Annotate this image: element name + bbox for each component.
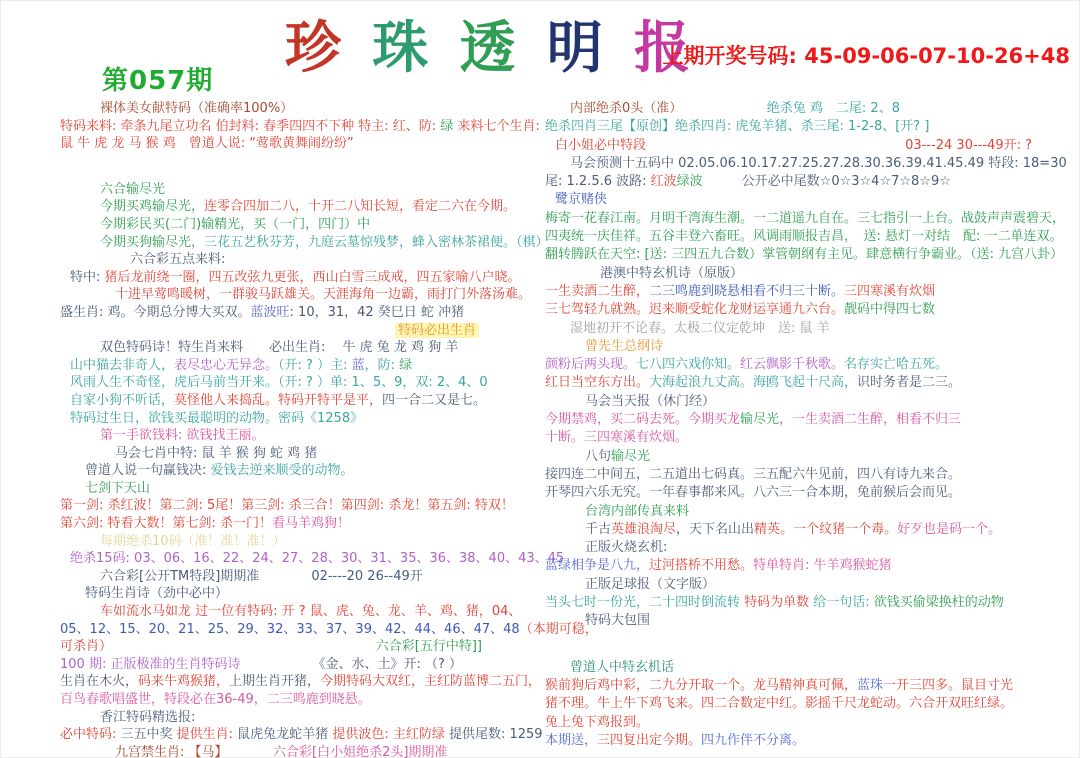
text-line: 十断。三四寒溪有炊烟。 (545, 429, 1072, 447)
text-segment: 马会当天报（休门经） (585, 394, 715, 409)
text-segment: 英雄浪淘尽 (611, 522, 676, 537)
text-segment: 绿波 (677, 174, 703, 189)
line-right-part: 03---24 30---49开: ? (905, 137, 1032, 155)
text-line: 可杀肖）六合彩[五行中特]] (60, 638, 542, 656)
text-segment: 六合彩五点来料: (130, 252, 230, 267)
text-segment: 鼠虎兔龙蛇羊猪 (237, 727, 332, 742)
text-segment: 开琴四六乐无究。一年春事都来风。八六三一合本期，兔前猴后会而见。 (545, 485, 961, 500)
text-segment: 裸体美女献特码（准确率100%） (100, 101, 293, 116)
text-segment: 一生卖酒二生醉， (545, 284, 649, 299)
text-segment: 红日当空东方出。 (545, 375, 649, 390)
newspaper-page: 珍珠透明报 第057期 上期开奖号码: 45-09-06-07-10-26+48… (0, 0, 1080, 758)
text-segment: 蓝珠 (857, 678, 883, 693)
text-segment: 本期送， (545, 733, 597, 748)
text-line: 香江特码精选报: (60, 709, 542, 727)
text-segment: 六合彩[五行中特]] (376, 639, 482, 654)
text-segment: 兔上兔下鸡报到。 (545, 715, 649, 730)
text-line: 台湾内部传真来料 (545, 503, 1072, 521)
title-char: 明 (547, 18, 603, 80)
text-line: 双色特码诗！特生肖来料 必出生肖: 牛 虎 兔 龙 鸡 狗 羊 (60, 339, 542, 357)
text-line: 山中猫去非奇人，表尽忠心无异念。（开: ? ）主: 蓝，防: 绿 (60, 357, 542, 375)
text-segment: 输尽光 (740, 412, 779, 427)
text-line: 马会预测十五码中 02.05.06.10.17.27.25.27.28.30.3… (545, 155, 1072, 173)
text-line: 鼠 牛 虎 龙 马 猴 鸡 曾道人说: “莺歌黄舞闹纷纷” (60, 135, 542, 153)
text-segment: : 10，31，42 癸巳日 蛇 冲猪 (290, 305, 465, 320)
text-segment: 自家小狗不听话， (70, 393, 174, 408)
text-segment: 白小姐必中特段 (555, 138, 646, 153)
text-line: 六合输尽光 (60, 181, 542, 199)
text-segment: 绝杀四肖三尾【原创】绝杀四肖: 虎兔羊猪、杀三尾: 1-2-8、[开? ] (545, 119, 929, 134)
text-segment: 今期彩民买(二门)输精光，买（一门，四门）中 (100, 217, 370, 232)
text-line: 十进早莺鸣暖树，一群骏马跃雄关。天涯海角一边霸，雨打门外落汤难。 (60, 286, 542, 304)
text-segment: 05、12、15、20、21、25、29、32、33、37、39、42、44、4… (60, 622, 520, 637)
text-segment: 表尽忠心无异念。 (174, 358, 278, 373)
text-line: 猪不理。牛上牛下鸡飞来。四二合数定中红。影摇千尺龙蛇动。六合开双旺红绿。 (545, 695, 1072, 713)
last-draw-label: 上期开奖号码: (663, 44, 805, 68)
text-segment: 山中猫去非奇人， (70, 358, 174, 373)
text-line: 特码大包围 (545, 612, 1072, 630)
title-char: 透 (460, 18, 516, 80)
text-line: 兔上兔下鸡报到。 (545, 714, 1072, 732)
text-line: 接四连二中间五，二五道出七码真。三五配六牛见前，四八有诗九来合。 (545, 466, 1072, 484)
line-right-part: 《金、水、土》开: （? ） (312, 656, 462, 674)
text-line: 八句输尽光 (545, 448, 1072, 466)
text-segment: 十进早莺鸣暖树，一群骏马跃雄关。天涯海角一边霸，雨打门外落汤难。 (115, 287, 531, 302)
text-segment: 六合输尽光 (100, 182, 165, 197)
text-line: 百鸟春歌唱盛世，特段必在36-49，二三鸣鹿到晓悬。 (60, 691, 542, 709)
text-segment: 马会七肖中特: 鼠 羊 猴 狗 蛇 鸡 猪 (115, 446, 317, 461)
text-segment: 今期特码大双红，主红防蓝博二五门， (320, 674, 541, 689)
text-line: 鹭京赌侠 (545, 191, 1072, 209)
text-line: 第一手欲钱料: 欲钱找王丽。 (60, 427, 542, 445)
text-segment: 猪不理。牛上牛下鸡飞来。四二合数定中红。影摇千尺龙蛇动。六合开双旺红绿。 (545, 696, 1013, 711)
text-line: 裸体美女献特码（准确率100%） (60, 100, 542, 118)
text-segment: 内部绝杀0头（准） (570, 101, 676, 116)
text-line: 六合彩[公开TM特段]期期准 02----20 26--49开 (60, 568, 542, 586)
text-segment: 三四复出定今期。 (597, 733, 701, 748)
text-line: 尾: 1.2.5.6 波路: 红波绿波 公开必中尾数☆0☆3☆4☆7☆8☆9☆ (545, 173, 1072, 191)
text-segment: 车如流水马如龙 过一位有特码: 开 ? (100, 604, 310, 619)
line-right-part: 六合彩[五行中特]] (376, 638, 482, 656)
text-segment: 绿 (399, 358, 412, 373)
text-segment: 千古 (585, 522, 611, 537)
text-segment: 提供波色: 主红防绿 (332, 727, 449, 742)
text-segment: 100 期: (60, 657, 110, 672)
text-segment: 三四寒溪有炊烟 (844, 284, 935, 299)
text-segment: 识时务者是二三。 (857, 375, 961, 390)
text-segment: 可杀肖） (60, 639, 112, 654)
text-segment: 上期生肖开猪， (229, 674, 320, 689)
text-line: 曾道人说一句赢钱决: 爱钱去逆来顺受的动物。 (60, 462, 542, 480)
text-line: 特码过生日，欲钱买最聪明的动物。密码《1258》 (60, 410, 542, 428)
text-line: 港澳中特玄机诗（原版） (545, 265, 1072, 283)
text-line: 今期买鸡输尽光，连零合四加二八，十开二八知长短，看定二六在今期。 (60, 198, 542, 216)
text-segment: 三七驾轻九就熟。迟来顺受蛇化龙财运享通九六台。 (545, 302, 844, 317)
text-line: 第一剑: 杀红波！第二剑: 5尾！第三剑: 杀三合！第四剑: 杀龙！第五剑: 特… (60, 497, 542, 515)
text-line: 当头七时一份光，二十四时倒流转 特码为单数 给一句话: 欲钱买偷梁换柱的动物 (545, 594, 1072, 612)
text-segment: 第一剑: 杀红波！第二剑: 5尾！第三剑: 杀三合！第四剑: 杀龙！第五剑: 特… (60, 498, 514, 513)
text-segment: 蓝波旺 (251, 305, 290, 320)
text-segment: 输尽光 (611, 449, 650, 464)
text-segment: 港澳中特玄机诗（原版） (600, 266, 743, 281)
text-segment: 公开必中尾数☆0☆3☆4☆7☆8☆9☆ (703, 174, 951, 189)
text-line: 必中特码: 三五中奖 提供生肖: 鼠虎兔龙蛇羊猪 提供波色: 主红防绿 提供尾数… (60, 726, 542, 744)
left-column: 裸体美女献特码（准确率100%）特码来料: 牵条九尾立功名 伯封料: 春季四四不… (60, 100, 542, 758)
text-segment: 颜粉后两头现。 (545, 357, 636, 372)
text-line: 蓝绿相争是八九，过河搭桥不用愁。特单特肖: 牛羊鸡猴蛇猪 (545, 557, 1072, 575)
text-line: 绝杀四肖三尾【原创】绝杀四肖: 虎兔羊猪、杀三尾: 1-2-8、[开? ] (545, 118, 1072, 136)
text-segment: 七剑下天山 (85, 481, 150, 496)
text-segment: 绿 (440, 119, 453, 134)
text-segment: 蓝 (352, 358, 365, 373)
text-segment: 绝杀兔 鸡 二尾: 2、8 (676, 101, 900, 116)
text-segment: 码来牛鸡猴猪， (138, 674, 229, 689)
text-segment: 红云飘影千秋歌。 (740, 357, 844, 372)
text-segment: 生肖在木火， (60, 674, 138, 689)
text-segment: 曾先生总纲诗 (585, 339, 663, 354)
text-segment: 欲钱买偷梁换柱的动物 (874, 595, 1004, 610)
text-line: 生肖在木火，码来牛鸡猴猪，上期生肖开猪，今期特码大双红，主红防蓝博二五门， (60, 673, 542, 691)
text-line: 曾先生总纲诗 (545, 338, 1072, 356)
text-segment: 牛 虎 兔 龙 鸡 狗 羊 (343, 340, 459, 355)
text-line: 一生卖酒二生醉，二三鸣鹿到晓悬相看不归三十断。三四寒溪有炊烟 (545, 283, 1072, 301)
text-segment: 好歹也是码一个。 (897, 522, 1001, 537)
text-segment: 精英 (754, 522, 780, 537)
text-line: 红日当空东方出。大海起浪九丈高。海鸥飞起十尺高，识时务者是二三。 (545, 374, 1072, 392)
text-segment: 来料七个生肖: (453, 119, 544, 134)
text-segment: 三花五艺秋芬芳，九庭云墓惊残梦，蜂入密林茶裙便。（棋） (204, 235, 549, 250)
text-line: 本期送，三四复出定今期。四九作伴不分离。 (545, 732, 1072, 750)
text-segment: 马会预测十五码中 02.05.06.10.17.27.25.27.28.30.3… (570, 156, 1067, 171)
text-segment: 今期禁鸡，买二码去死。今期买龙 (545, 412, 740, 427)
text-segment: 九宫禁生肖: 【马】 (115, 745, 221, 758)
text-segment: 猴前狗后鸡中彩，二九分开取一个。龙马精神真可佩， (545, 678, 857, 693)
text-line: 正版足球报（文字版） (545, 576, 1072, 594)
text-segment: 尾: 1.2.5.6 波路: (545, 174, 651, 189)
text-segment: 莫怪他人来捣乱。特码开特平是平， (174, 393, 382, 408)
text-line: 开琴四六乐无究。一年春事都来风。八六三一合本期，兔前猴后会而见。 (545, 484, 1072, 502)
text-segment: 猪后龙前绕一圈，四五改弦九更张，西山白雪三成戒，四五家喻八户晓。 (105, 270, 521, 285)
text-line: 马会当天报（休门经） (545, 393, 1072, 411)
text-segment: 风雨人生不奇怪，虎后马前当开来。（开: ? ）单: 1、5、9，双: 2、4、0 (70, 375, 488, 390)
text-line: 特码生肖诗（劲中必中） (60, 585, 542, 603)
text-segment: 今期买鸡输尽光， (100, 199, 204, 214)
text-segment: 香江特码精选报: (100, 710, 200, 725)
text-segment: 大海起浪九丈高。海鸥飞起十尺高， (649, 375, 857, 390)
paper-title: 珍珠透明报 (285, 18, 690, 80)
text-segment: ，天下名山出 (676, 522, 754, 537)
text-segment: 爱钱去逆来顺受的动物。 (211, 463, 354, 478)
text-line: 翻转腾跃在天空: [送: 三四五九合数）掌管朝纲有主见。肆意横行争霸业。（送: … (545, 246, 1072, 264)
text-segment: 给一句话: (813, 595, 874, 610)
text-segment: 鹭京赌侠 (555, 192, 607, 207)
text-segment: 红波 (651, 174, 677, 189)
text-line: 马会七肖中特: 鼠 羊 猴 狗 蛇 鸡 猪 (60, 445, 542, 463)
text-segment: 双色特码诗！特生肖来料 (100, 340, 243, 355)
text-line: 车如流水马如龙 过一位有特码: 开 ? 鼠、虎、兔、龙、羊、鸡、猪，04、 (60, 603, 542, 621)
text-segment: 翻转腾跃在天空: [送: 三四五九合数）掌管朝纲有主见。肆意横行争霸业。（送: … (545, 247, 1063, 262)
text-line: 05、12、15、20、21、25、29、32、33、37、39、42、44、4… (60, 621, 542, 639)
text-segment: 过河搭桥不用愁。 (649, 558, 753, 573)
text-line: 第六剑: 特看大数！第七剑: 杀一门！看马羊鸡狗！ (60, 515, 542, 533)
text-segment: 曾道人说一句赢钱决: (85, 463, 211, 478)
text-line: 今期禁鸡，买二码去死。今期买龙输尽光，一生卖酒二生醉，相看不归三 (545, 411, 1072, 429)
text-segment: 十断。三四寒溪有炊烟。 (545, 430, 688, 445)
text-segment: 二三鸣鹿到晓悬相看不归三十断。 (649, 284, 844, 299)
text-segment: 蓝绿相争是八九， (545, 558, 649, 573)
text-segment: 百鸟春歌唱盛世，特段必在36-49，二三鸣鹿到晓悬。 (60, 692, 371, 707)
text-segment: 接四连二中间五，二五道出七码真。三五配六牛见前，四八有诗九来合。 (545, 467, 961, 482)
text-segment: 《金、水、土》开: （? ） (312, 657, 462, 672)
text-segment: ，一生卖酒二生醉，相看不归三 (779, 412, 961, 427)
text-segment: 连零合四加二八，十开二八知长短，看定二六在今期。 (204, 199, 516, 214)
text-line: 正版火烧玄机: (545, 539, 1072, 557)
issue-number: 第057期 (102, 60, 213, 97)
text-segment: （开: ? ）主: (278, 358, 352, 373)
text-segment: 必出生肖: (243, 340, 343, 355)
text-segment: 特码过生日，欲钱买最聪明的动物。密码《1258》 (70, 411, 363, 426)
text-segment: 靓码中得四七数 (844, 302, 935, 317)
text-line: 风雨人生不奇怪，虎后马前当开来。（开: ? ）单: 1、5、9，双: 2、4、0 (60, 374, 542, 392)
text-segment: 。一个纹猪一个毒。 (780, 522, 897, 537)
text-segment: 今期买狗输尽光， (100, 235, 204, 250)
last-draw-result: 上期开奖号码: 45-09-06-07-10-26+48 (663, 40, 1070, 70)
text-segment: 正版足球报（文字版） (585, 577, 715, 592)
text-segment: 第一手欲钱料: 欲钱找王丽。 (100, 428, 265, 443)
text-line: 今期买狗输尽光，三花五艺秋芬芳，九庭云墓惊残梦，蜂入密林茶裙便。（棋） (60, 234, 542, 252)
text-line: 六合彩五点来料: (60, 251, 542, 269)
text-segment: 正版火烧玄机: (585, 540, 672, 555)
text-line: 猴前狗后鸡中彩，二九分开取一个。龙马精神真可佩，蓝珠一开三四多。鼠目寸光 (545, 677, 1072, 695)
text-line: 四夷统一庆佳祥。五谷丰登六畜旺。风调雨顺报吉昌， 送: 悬灯一对结 配: 一二单… (545, 228, 1072, 246)
text-line: 白小姐必中特段03---24 30---49开: ? (545, 137, 1072, 155)
text-line: 三七驾轻九就熟。迟来顺受蛇化龙财运享通九六台。靓码中得四七数 (545, 301, 1072, 319)
text-segment: 曾道人中特玄机话 (570, 660, 674, 675)
text-segment: 盛生肖: 鸡。今期总分博大买双。 (60, 305, 251, 320)
text-line: 特中: 猪后龙前绕一圈，四五改弦九更张，西山白雪三成戒，四五家喻八户晓。 (60, 269, 542, 287)
text-segment: 当头七时一份光，二十四时倒流转 (545, 595, 744, 610)
text-segment: 绝杀15码: 03、06、16、22、24、27、28、30、31、35、36、… (70, 551, 564, 566)
text-line: 100 期: 正版极准的生肖特码诗《金、水、土》开: （? ） (60, 656, 542, 674)
text-line: 颜粉后两头现。七八四六戏你知。红云飘影千秋歌。名存实亡哈五死。 (545, 356, 1072, 374)
text-segment: 特中: (70, 270, 105, 285)
text-segment: 六合彩[白小姐绝杀2头]期期准 (221, 745, 447, 758)
text-line: 七剑下天山 (60, 480, 542, 498)
text-line: 绝杀15码: 03、06、16、22、24、27、28、30、31、35、36、… (60, 550, 542, 568)
text-line: 曾道人中特玄机话 (545, 659, 1072, 677)
text-segment: 四夷统一庆佳祥。五谷丰登六畜旺。风调雨顺报吉昌， 送: 悬灯一对结 配: 一二单… (545, 229, 1063, 244)
text-line: 今期彩民买(二门)输精光，买（一门，四门）中 (60, 216, 542, 234)
text-segment: 每期绝杀10码（准！准！准！） (100, 534, 286, 549)
text-line: 湿地初开不论春。太极二仪定乾坤 送: 鼠 羊 (545, 320, 1072, 338)
text-segment: 名存实亡哈五死。 (844, 357, 948, 372)
text-line: 自家小狗不听话，莫怪他人来捣乱。特码开特平是平，四一合二又是七。 (60, 392, 542, 410)
text-segment: 台湾内部传真来料 (585, 504, 689, 519)
text-line: 千古英雄浪淘尽，天下名山出精英。一个纹猪一个毒。好歹也是码一个。 (545, 521, 1072, 539)
text-segment: 必中特码: (60, 727, 121, 742)
text-segment: 四一合二又是七。 (382, 393, 486, 408)
text-segment: 鼠、虎、兔、龙、羊、鸡、猪，04、 (310, 604, 522, 619)
text-segment: 鼠 牛 虎 龙 马 猴 鸡 曾道人说: “莺歌黄舞闹纷纷” (60, 136, 354, 151)
text-segment: 特码来料: 牵条九尾立功名 伯封料: 春季四四不下种 特主: 红、防: (60, 119, 440, 134)
text-line: 梅寄一花春江南。月明千湾海生潮。一二道遥九自在。三七指引一上台。战鼓声声震碧天， (545, 210, 1072, 228)
text-segment: 一开三四多。鼠目寸光 (883, 678, 1013, 693)
text-line: 特码必出生肖 (60, 322, 542, 340)
title-char: 珠 (372, 18, 428, 80)
text-segment: 梅寄一花春江南。月明千湾海生潮。一二道遥九自在。三七指引一上台。战鼓声声震碧天， (545, 211, 1065, 226)
text-line: 盛生肖: 鸡。今期总分博大买双。蓝波旺: 10，31，42 癸巳日 蛇 冲猪 (60, 304, 542, 322)
text-segment: 四九作伴不分离。 (701, 733, 805, 748)
text-segment: 三五中奖 (121, 727, 177, 742)
text-segment: 八句 (585, 449, 611, 464)
text-segment: 特单特肖: 牛羊鸡猴蛇猪 (753, 558, 892, 573)
text-segment: 第六剑: 特看大数！第七剑: 杀一门！ (60, 516, 272, 531)
text-line: 内部绝杀0头（准） 绝杀兔 鸡 二尾: 2、8 (545, 100, 1072, 118)
text-segment: 特码大包围 (585, 613, 650, 628)
right-column: 内部绝杀0头（准） 绝杀兔 鸡 二尾: 2、8绝杀四肖三尾【原创】绝杀四肖: 虎… (545, 100, 1072, 750)
text-segment: 02----20 26--49开 (259, 569, 422, 584)
text-segment: 正版极准的生肖特码诗 (110, 657, 240, 672)
text-segment: 03---24 30---49开: ? (905, 138, 1032, 153)
text-line: 特码来料: 牵条九尾立功名 伯封料: 春季四四不下种 特主: 红、防: 绿 来料… (60, 118, 542, 136)
last-draw-numbers: 45-09-06-07-10-26+48 (804, 44, 1070, 68)
text-segment: 七八四六戏你知。 (636, 357, 740, 372)
text-segment: 提供生肖: (177, 727, 238, 742)
text-segment: 特码必出生肖 (395, 323, 479, 338)
text-segment: ，防: (365, 358, 400, 373)
text-segment: 特码为单数 (744, 595, 813, 610)
text-segment: 六合彩[公开TM特段]期期准 (100, 569, 259, 584)
text-line: 每期绝杀10码（准！准！准！） (60, 533, 542, 551)
text-segment: 特码生肖诗（劲中必中） (85, 586, 228, 601)
text-segment: 看马羊鸡狗！ (272, 516, 350, 531)
title-char: 珍 (285, 18, 341, 80)
text-segment: 提供尾数: 1259 (449, 727, 543, 742)
text-segment: 湿地初开不论春。太极二仪定乾坤 送: 鼠 羊 (570, 321, 830, 336)
text-line: 九宫禁生肖: 【马】 六合彩[白小姐绝杀2头]期期准 (60, 744, 542, 758)
